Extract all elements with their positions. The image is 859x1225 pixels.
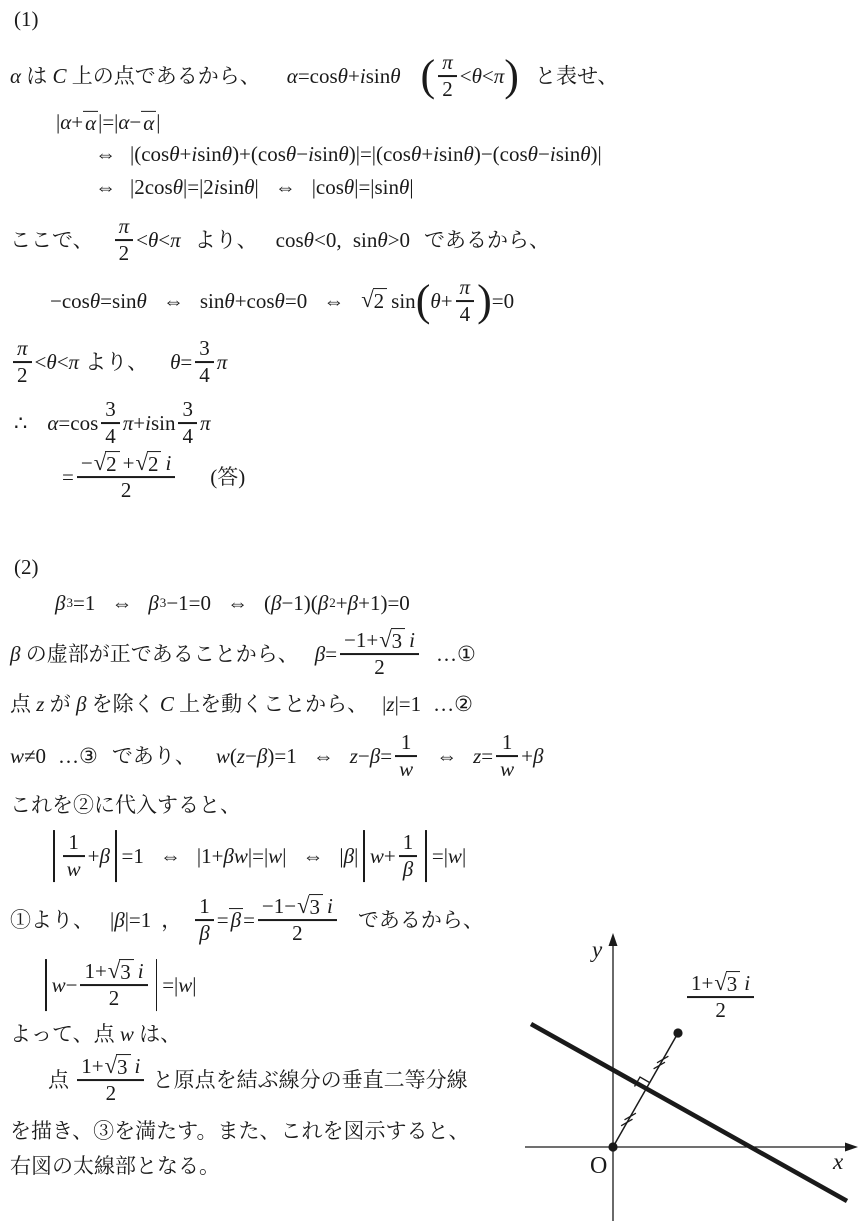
- origin-label: O: [590, 1153, 607, 1179]
- perpendicular-bisector-bold-line: [531, 1024, 847, 1201]
- part-2-heading: (2): [14, 554, 39, 580]
- tick-mark-lower-2: [625, 1113, 636, 1120]
- figure-svg: y x O: [520, 925, 859, 1225]
- line-sin-plus-cos: −cosθ=sinθ⇔sinθ+cosθ=0⇔√2sin(θ+π4)=0: [50, 275, 514, 327]
- line-theta-value: π2<θ<πより、θ=34π: [10, 336, 227, 388]
- x-axis-label: x: [832, 1149, 844, 1174]
- point-dot: [673, 1028, 682, 1037]
- solution-document: { "colors": { "background": "#ffffff", "…: [0, 0, 859, 1225]
- segment-origin-to-point: [613, 1033, 678, 1147]
- line-alpha-answer: =−√2+√2i2(答): [62, 451, 245, 503]
- part-1-heading: (1): [14, 6, 39, 32]
- line-beta-value: β の虚部が正であることから、β=−1+√3i2…①: [10, 628, 476, 680]
- x-axis-arrowhead: [845, 1143, 858, 1152]
- line-alpha-polar-form: α は C 上の点であるから、α=cosθ+isinθ(π2<θ<π)と表せ、: [10, 50, 618, 102]
- line-abs-alpha-equation: |α+α|=|α−α|: [56, 109, 161, 135]
- complex-plane-figure: y x O: [520, 925, 859, 1225]
- line-simplified-abs-equation: ⇔|2cosθ|=|2isinθ|⇔|cosθ|=|sinθ|: [95, 174, 414, 200]
- line-alpha-cos-sin: ∴α=cos34π+isin34π: [14, 397, 211, 449]
- page-canvas: y x O (1)α は C 上の点であるから、α=cosθ+isinθ(π2<…: [0, 0, 859, 1225]
- tick-mark-lower-1: [621, 1119, 632, 1126]
- line-perpendicular-bisector-eq: w−1+√3i2=|w|: [40, 959, 196, 1011]
- line-sign-conditions: ここで、π2<θ<πより、cosθ<0, sinθ>0であるから、: [10, 214, 550, 266]
- line-expanded-abs-equation: ⇔|(cosθ+isinθ)+(cosθ−isinθ)|=|(cosθ+isin…: [95, 141, 602, 167]
- y-axis-label: y: [590, 937, 603, 962]
- line-abs-w-equation: 1w+β=1⇔|1+βw|=|w|⇔|β|w+1β=|w|: [48, 830, 466, 882]
- line-substitute-into-2: これを②に代入すると、: [10, 792, 241, 818]
- line-z-on-circle: 点 z が β を除く C 上を動くことから、|z|=1…②: [10, 691, 473, 717]
- origin-dot: [608, 1142, 617, 1151]
- line-satisfies-3: を描き、③を満たす。また、これを図示すると、: [10, 1118, 469, 1144]
- line-beta-cubed: β3=1⇔β3−1=0⇔(β−1)(β2+β+1)=0: [55, 590, 410, 616]
- line-beta-reciprocal: ①より、|β|=1，1β=β=−1−√3i2であるから、: [10, 894, 484, 946]
- tick-mark-upper-1: [654, 1062, 665, 1069]
- line-w-nonzero: w≠0…③であり、w(z−β)=1⇔z−β=1w⇔z=1w+β: [10, 730, 543, 782]
- figure-point-label: 1+√3i2: [684, 971, 757, 1023]
- y-axis-arrowhead: [609, 933, 618, 946]
- line-bold-part-conclusion: 右図の太線部となる。: [10, 1153, 220, 1179]
- line-therefore-point-w: よって、点 w は、: [10, 1021, 181, 1047]
- tick-mark-upper-2: [657, 1056, 668, 1063]
- line-bisector-description: 点 1+√3i2 と原点を結ぶ線分の垂直二等分線: [48, 1054, 468, 1106]
